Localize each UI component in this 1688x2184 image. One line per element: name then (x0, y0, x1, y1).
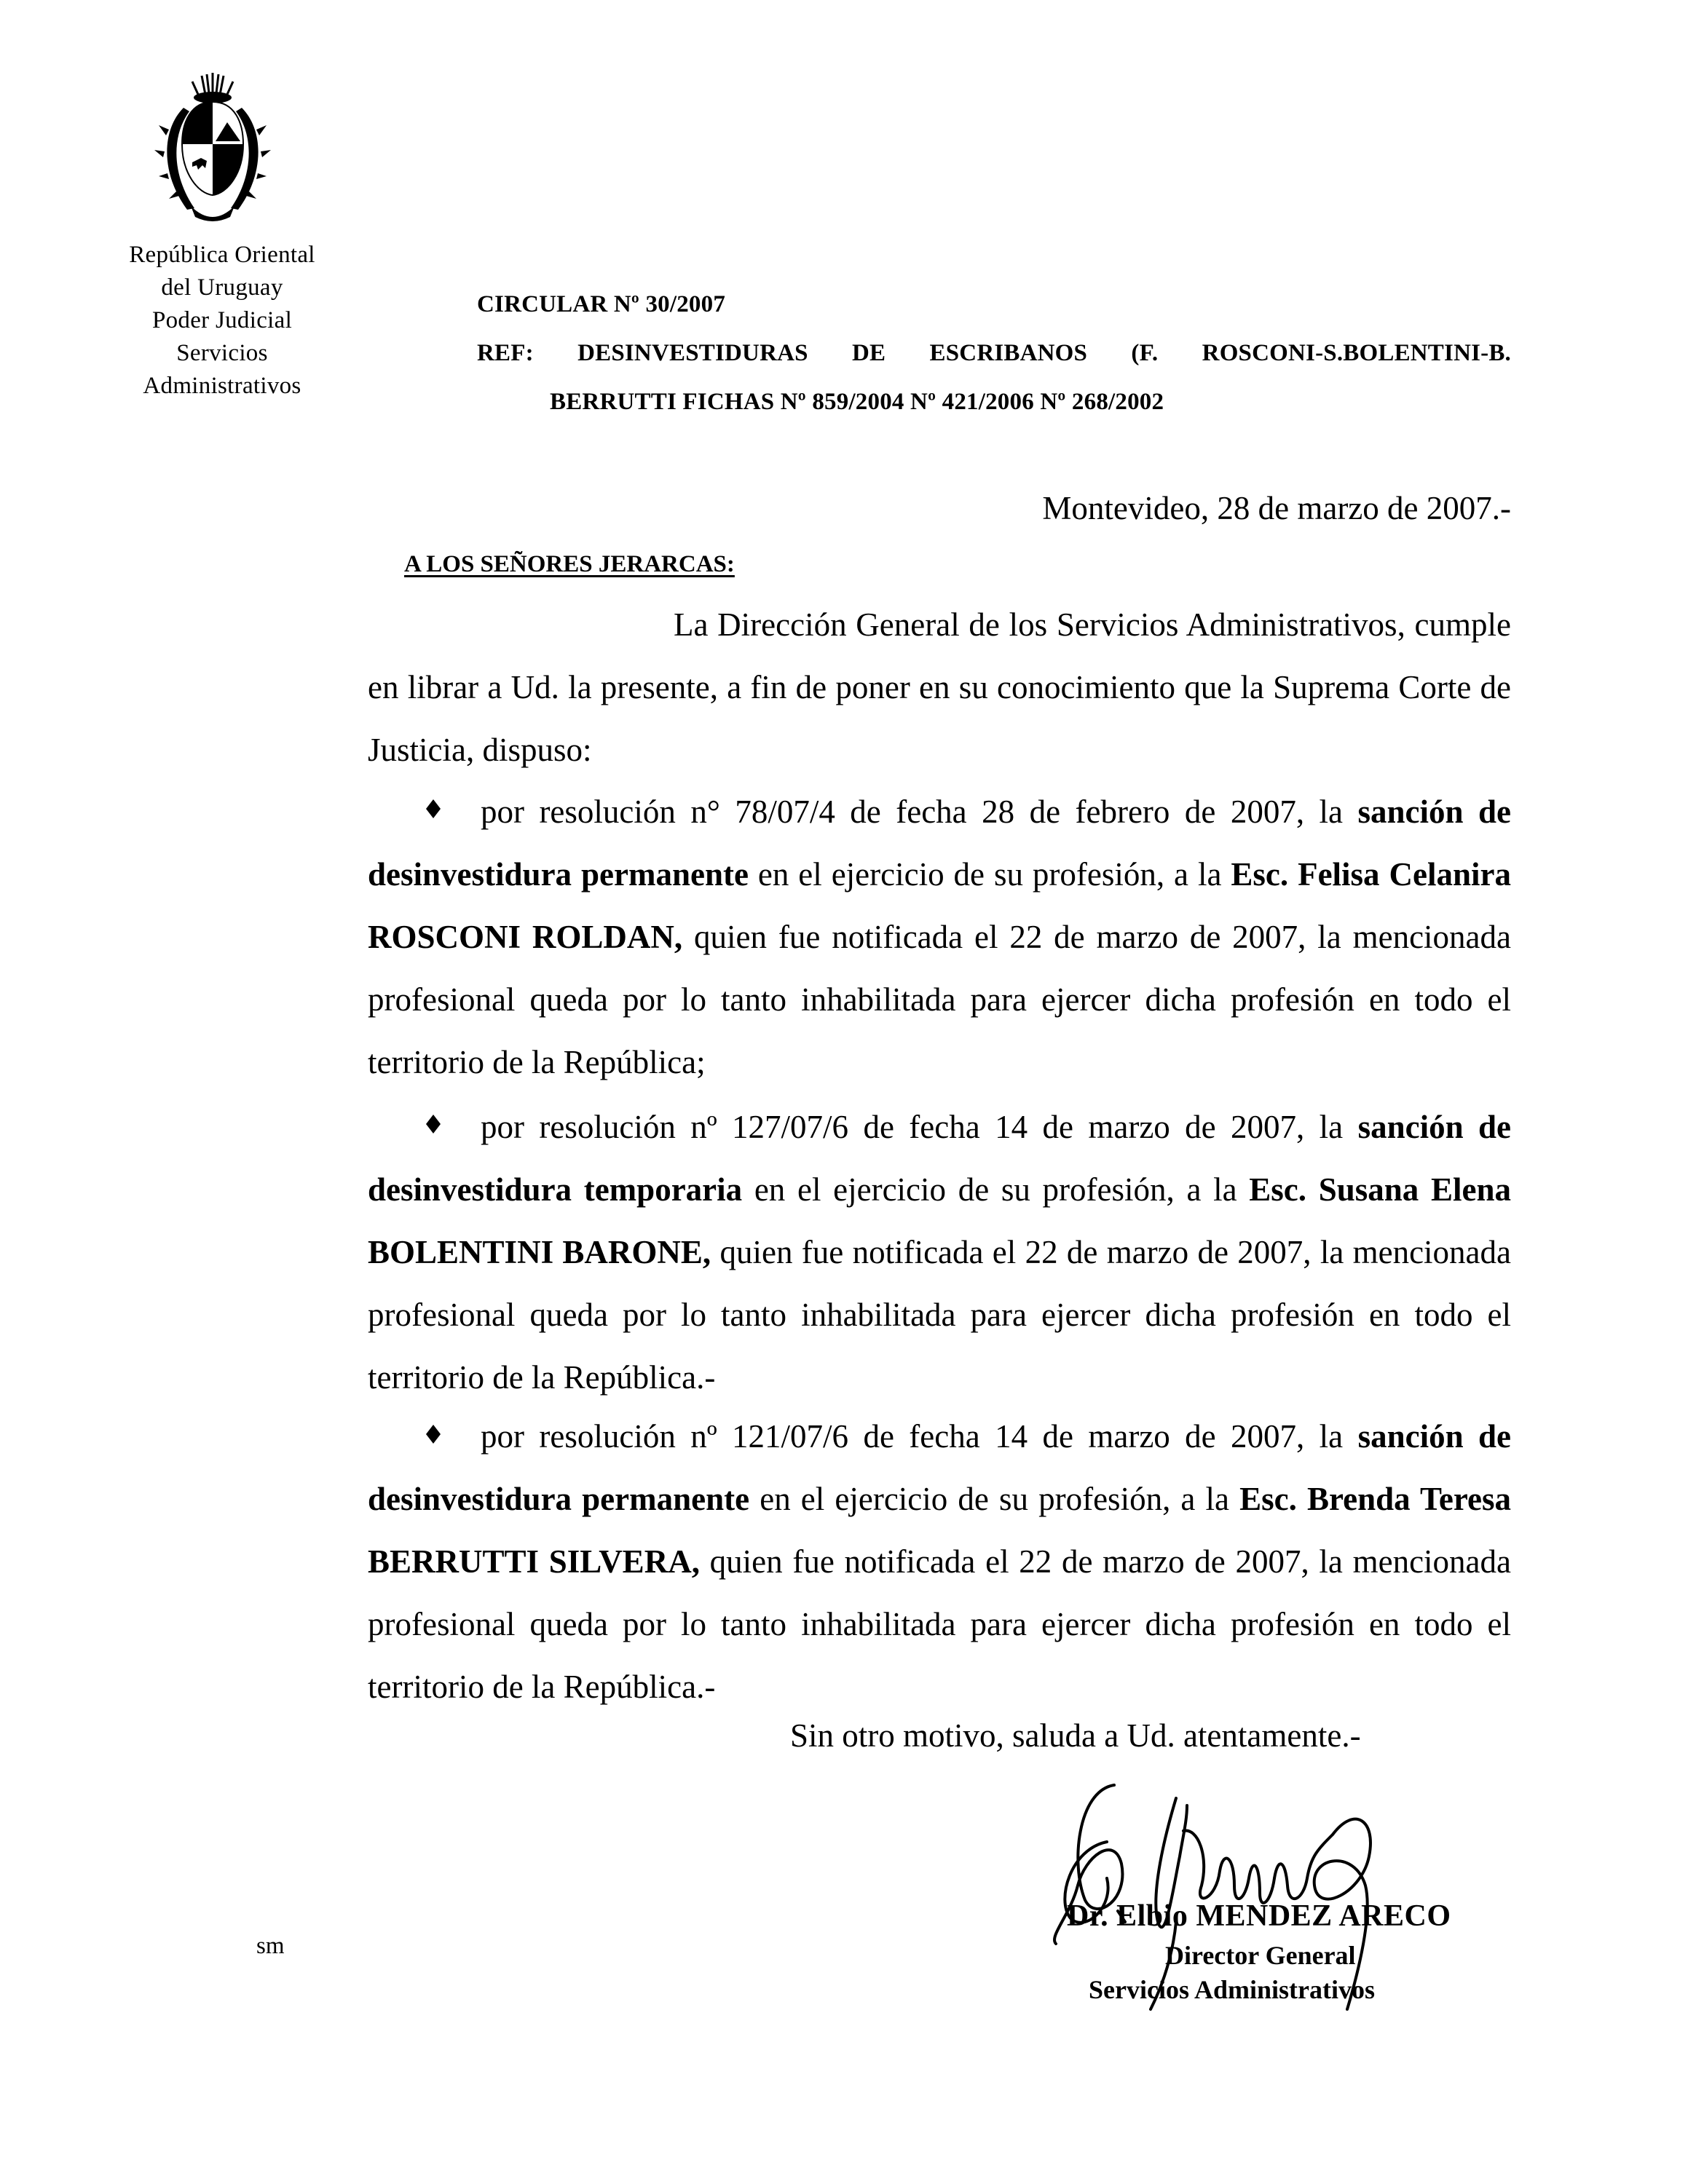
resolution-text: por resolución n° 78/07/4 de fecha 28 de… (481, 794, 1357, 830)
resolution-text: por resolución nº 127/07/6 de fecha 14 d… (481, 1109, 1358, 1145)
resolution-item: por resolución nº 127/07/6 de fecha 14 d… (368, 1096, 1511, 1409)
letterhead-line: del Uruguay (109, 272, 335, 304)
letterhead-line: Servicios (109, 337, 335, 370)
closing-line: Sin otro motivo, saluda a Ud. atentament… (790, 1717, 1361, 1754)
letterhead-line: Poder Judicial (109, 304, 335, 337)
diamond-bullet-icon (426, 799, 441, 818)
coat-of-arms-icon (154, 71, 271, 224)
resolution-item: por resolución nº 121/07/6 de fecha 14 d… (368, 1405, 1511, 1718)
salutation: A LOS SEÑORES JERARCAS: (404, 551, 735, 578)
reference-line-continued: BERRUTTI FICHAS Nº 859/2004 Nº 421/2006 … (550, 389, 1164, 416)
resolution-text: en el ejercicio de su profesión, a la (749, 856, 1231, 893)
letter-date: Montevideo, 28 de marzo de 2007.- (1019, 489, 1511, 527)
resolution-text: en el ejercicio de su profesión, a la (742, 1171, 1249, 1208)
diamond-bullet-icon (426, 1425, 441, 1444)
resolution-text: en el ejercicio de su profesión, a la (749, 1481, 1239, 1517)
resolution-item: por resolución n° 78/07/4 de fecha 28 de… (368, 780, 1511, 1093)
circular-number: CIRCULAR Nº 30/2007 (477, 291, 725, 318)
signatory-name: Dr. Elbio MENDEZ ARECO (1067, 1899, 1451, 1934)
signatory-department: Servicios Administrativos (1089, 1974, 1375, 2005)
reference-line: REF: DESINVESTIDURAS DE ESCRIBANOS (F. R… (477, 340, 1511, 367)
diamond-bullet-icon (426, 1115, 441, 1133)
signatory-title: Director General (1165, 1940, 1356, 1971)
letterhead-line: Administrativos (109, 370, 335, 403)
letterhead-line: República Oriental (109, 239, 335, 272)
typist-initials: sm (256, 1933, 285, 1960)
intro-paragraph: La Dirección General de los Servicios Ad… (368, 593, 1511, 781)
resolution-text: por resolución nº 121/07/6 de fecha 14 d… (481, 1418, 1358, 1455)
signature-block: Dr. Elbio MENDEZ ARECO Director General … (1027, 1776, 1478, 2017)
letterhead-institution: República Oriental del Uruguay Poder Jud… (109, 239, 335, 403)
